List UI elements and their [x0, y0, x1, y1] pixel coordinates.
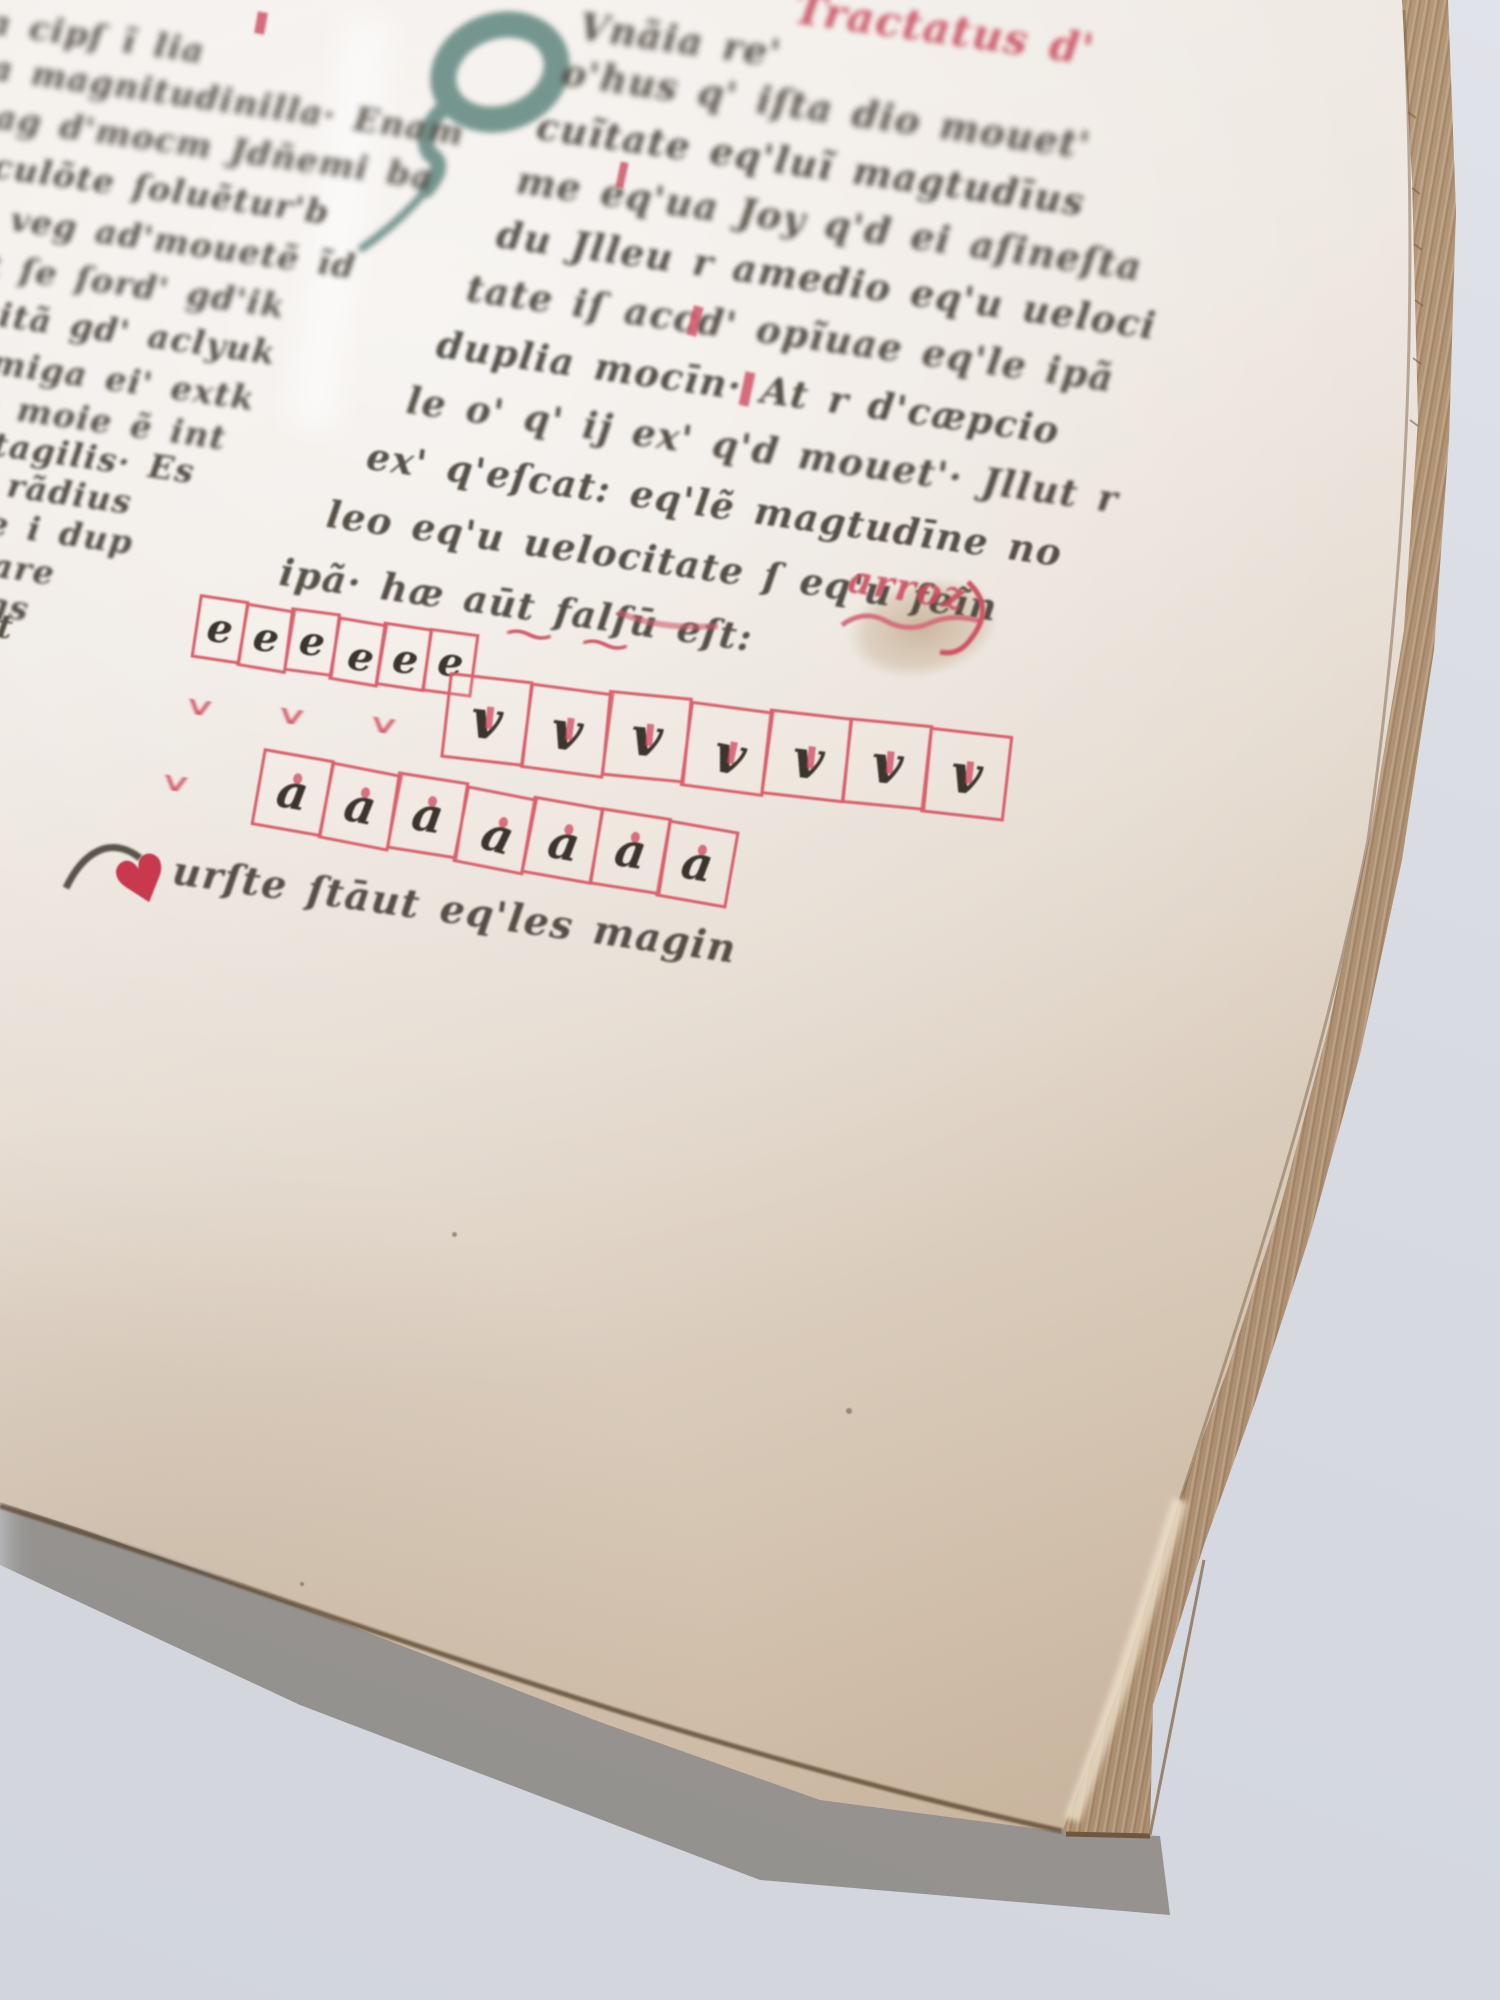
- letter-box: v: [920, 727, 1013, 822]
- boxed-letter: v: [790, 731, 827, 788]
- boxed-letter: v: [547, 702, 585, 760]
- ink-speck: [300, 1582, 304, 1586]
- boxed-letter: v: [629, 708, 665, 765]
- red-check-mark: ∨: [272, 699, 310, 733]
- boxed-letter: a: [678, 838, 717, 891]
- boxed-letter: a: [544, 817, 583, 870]
- boxed-letter: v: [948, 746, 985, 803]
- red-tilde-mark: ∼: [496, 601, 562, 664]
- letter-box: e: [328, 616, 388, 687]
- letter-box: v: [440, 672, 533, 767]
- letter-box: v: [679, 701, 774, 797]
- manuscript-photo: a cipſ ĩ lia lia magnitudinilla· Enam ma…: [0, 0, 1500, 2000]
- letter-box: v: [760, 708, 853, 803]
- boxed-letter: e: [204, 608, 235, 651]
- boxed-letter: a: [273, 766, 312, 819]
- ink-speck: [452, 1232, 457, 1237]
- boxed-letter: a: [409, 789, 447, 841]
- boxed-letter: e: [390, 638, 421, 681]
- boxed-letter: a: [611, 825, 649, 877]
- ink-speck: [846, 1408, 852, 1414]
- boxed-letter: e: [344, 635, 378, 680]
- red-tilde-mark: ∼: [572, 611, 638, 674]
- red-check-mark: ∨: [156, 766, 194, 800]
- letter-box: v: [841, 717, 933, 811]
- boxed-letter: v: [869, 736, 905, 793]
- boxed-letter: v: [709, 725, 751, 784]
- red-check-mark: ∨: [364, 708, 402, 742]
- red-check-mark: ∨: [180, 690, 218, 724]
- boxed-letter: a: [476, 809, 519, 863]
- letter-box: a: [588, 807, 671, 895]
- letter-box: v: [519, 682, 614, 778]
- boxed-letter: e: [250, 616, 282, 660]
- boxed-letter: v: [468, 691, 505, 748]
- boxed-letter: e: [297, 621, 327, 664]
- letter-box: a: [452, 785, 538, 875]
- boxed-letter: a: [340, 780, 380, 833]
- letter-box: v: [601, 690, 693, 784]
